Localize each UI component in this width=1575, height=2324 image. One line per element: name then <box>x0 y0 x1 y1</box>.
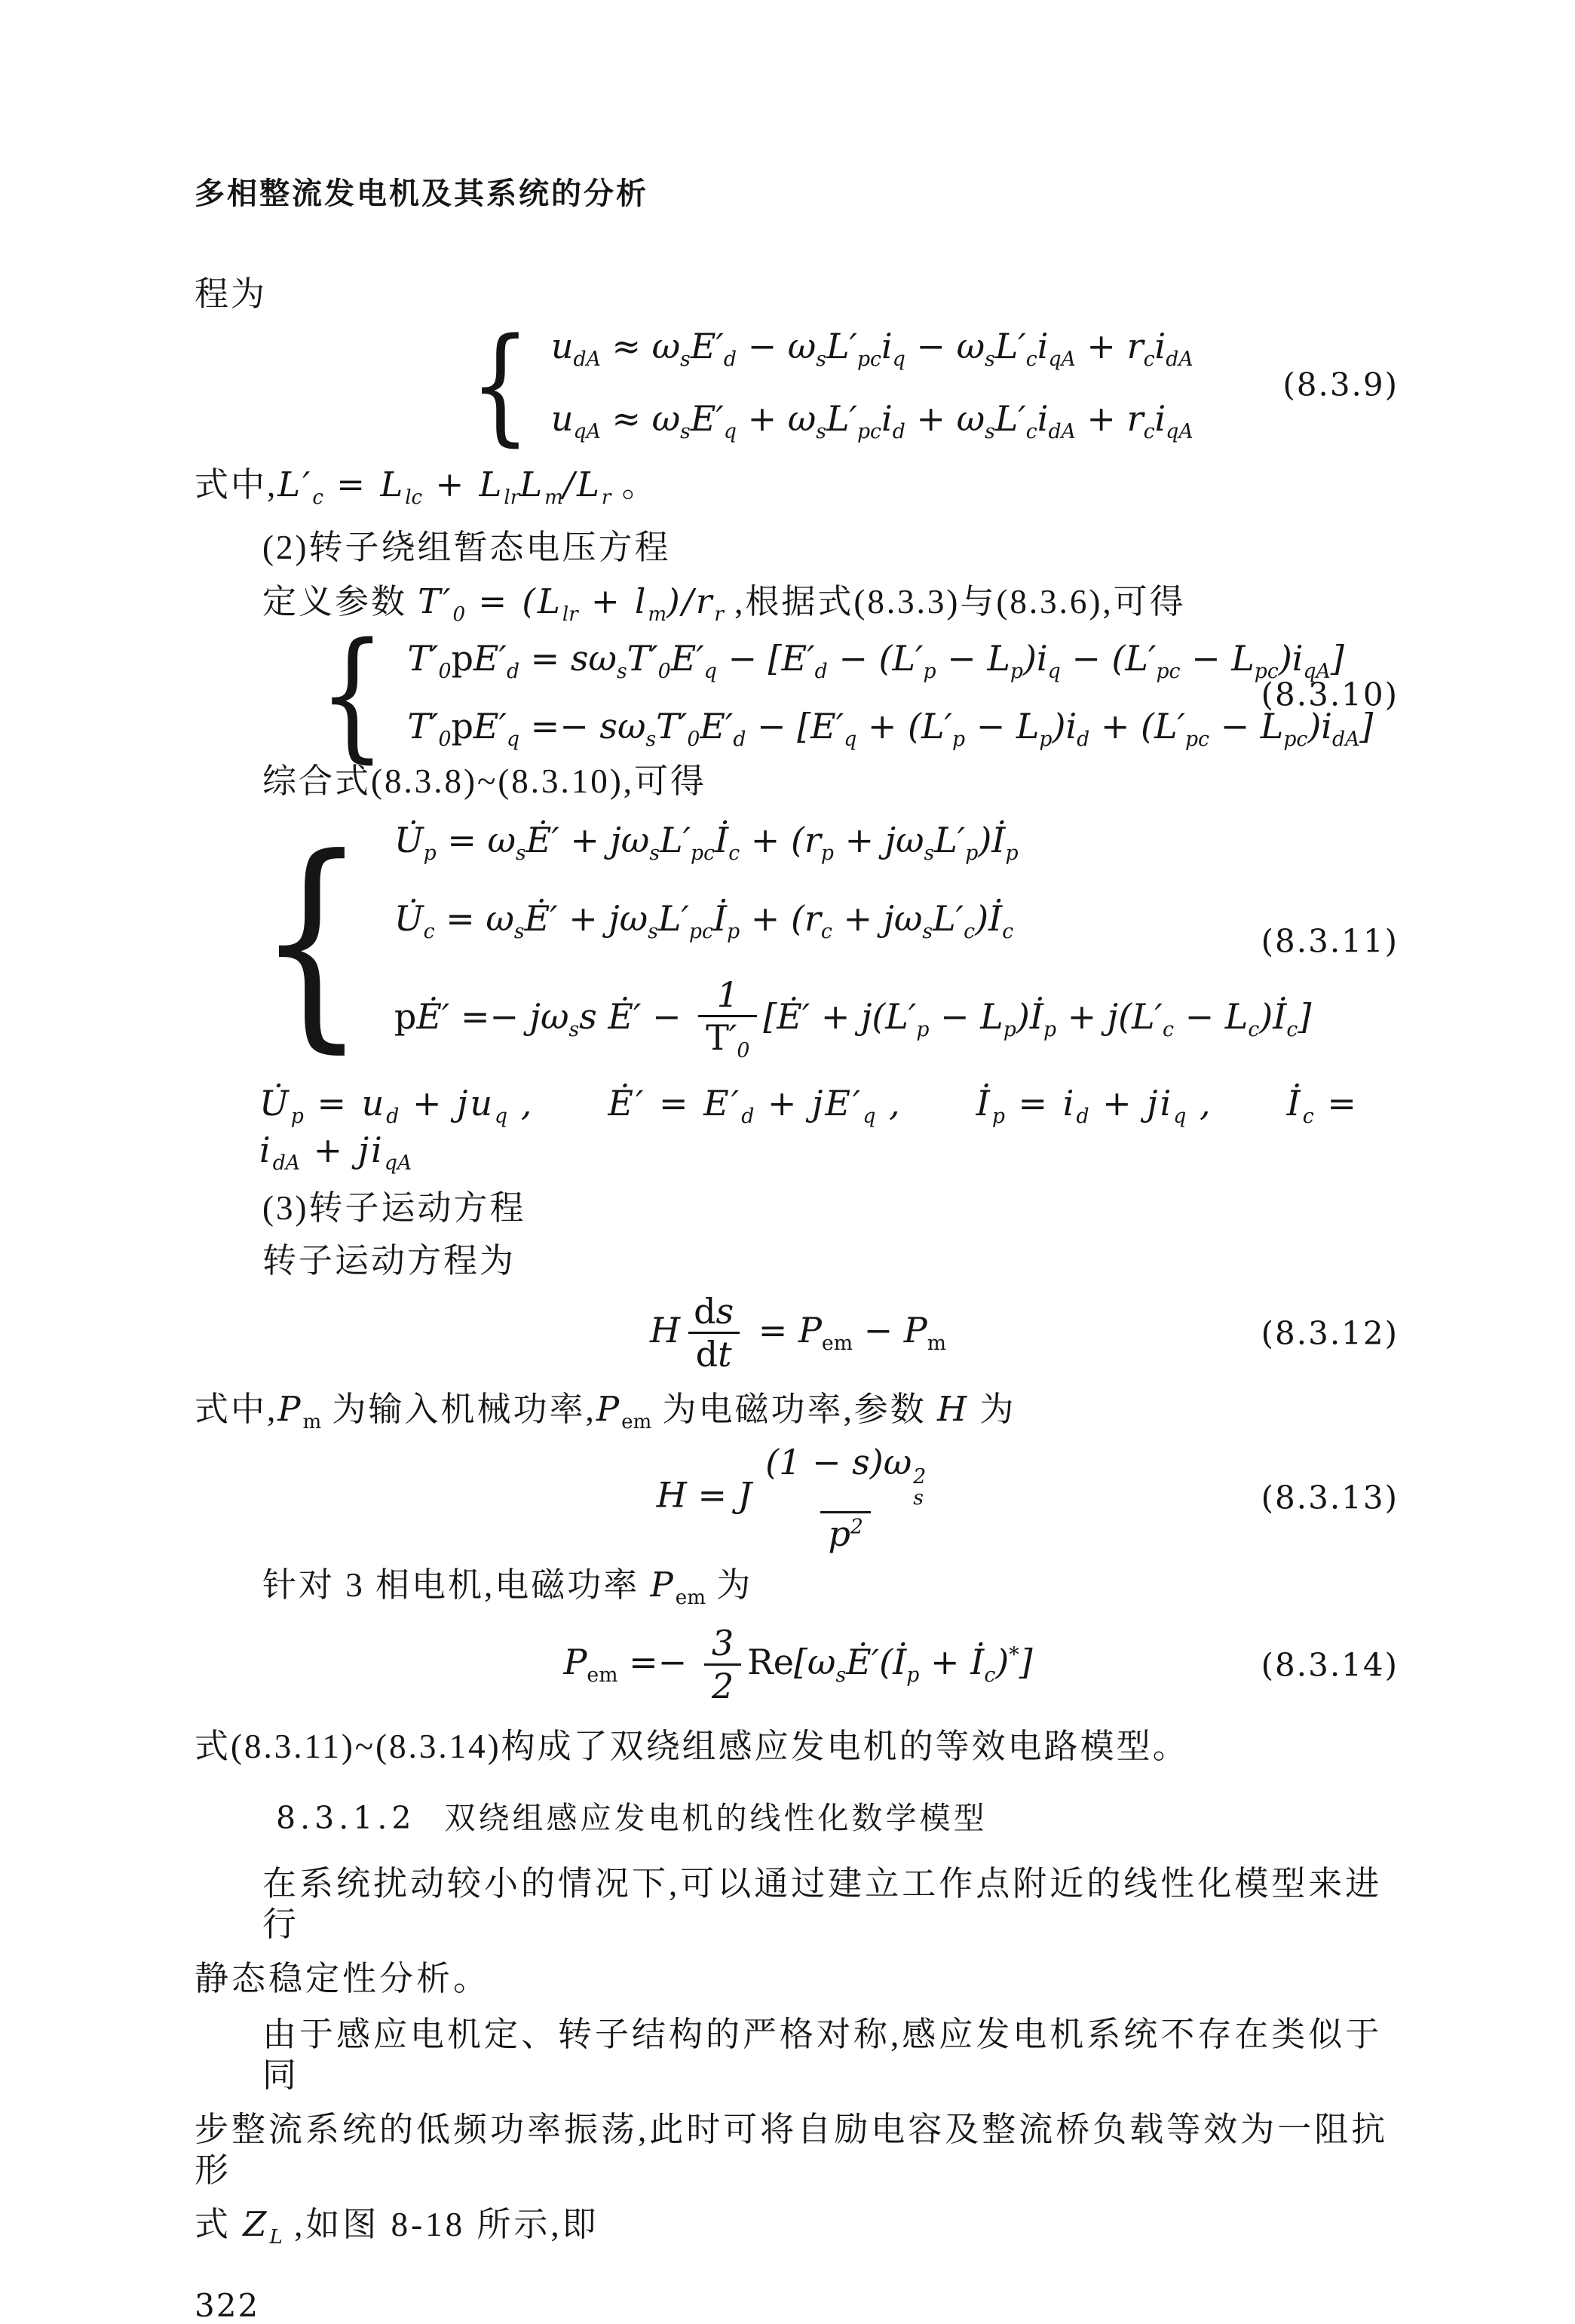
equation-number: (8.3.13) <box>1261 1479 1399 1516</box>
equation-8-3-10: { T′0pE′d = sωsT′0E′q − [E′d − (L′p − Lp… <box>195 638 1402 751</box>
equation-8-3-14: Pem =− 32Re[ωsĖ′(İp + İc)*] (8.3.14) <box>195 1620 1402 1710</box>
paragraph-line: 静态稳定性分析。 <box>195 1958 1402 1999</box>
subsection-number: 8.3.1.2 <box>276 1800 415 1836</box>
equation-line: pĖ′ =− jωss Ė′ − 1T′0[Ė′ + j(L′p − Lp)İp… <box>394 977 1311 1062</box>
equation-line: U̇p = ωsĖ′ + jωsL′pcİc + (rp + jωsL′p)İp <box>394 820 1311 865</box>
equation-line: Pem =− 32Re[ωsĖ′(İp + İc)*] <box>563 1625 1032 1705</box>
paragraph-line: 式 ZL ,如图 8-18 所示,即 <box>195 2204 1402 2249</box>
intro-line: 程为 <box>195 273 1402 315</box>
equation-number: (8.3.10) <box>1261 676 1399 713</box>
paragraph-line: 由于感应电机定、转子结构的严格对称,感应发电机系统不存在类似于同 <box>195 2014 1402 2096</box>
equation-line: T′0pE′d = sωsT′0E′q − [E′d − (L′p − Lp)i… <box>407 638 1373 683</box>
equation-line: Hdsdt = Pem − Pm <box>650 1293 946 1373</box>
where-eq12-line: 式中,Pm 为输入机械功率,Pem 为电磁功率,参数 H 为 <box>195 1388 1402 1435</box>
equation-8-3-12: Hdsdt = Pem − Pm (8.3.12) <box>195 1289 1402 1376</box>
equation-number: (8.3.14) <box>1261 1646 1399 1683</box>
conclusion-line: 式(8.3.11)~(8.3.14)构成了双绕组感应发电机的等效电路模型。 <box>195 1725 1402 1768</box>
equation-number: (8.3.9) <box>1282 366 1399 403</box>
subsection-heading: 8.3.1.2双绕组感应发电机的线性化数学模型 <box>195 1793 1402 1838</box>
equation-number: (8.3.11) <box>1261 922 1399 959</box>
list-item-2: (2)转子绕组暂态电压方程 <box>195 526 1402 569</box>
paragraph-line: 步整流系统的低频功率振荡,此时可将自励电容及整流桥负载等效为一阻抗形 <box>195 2109 1402 2191</box>
running-title: 多相整流发电机及其系统的分析 <box>195 170 1402 213</box>
equation-line: U̇c = ωsĖ′ + jωsL′pcİp + (rc + jωsL′c)İc <box>394 898 1311 943</box>
equation-number: (8.3.12) <box>1261 1314 1399 1351</box>
definitions-line: U̇p = ud + juq , Ė′ = E′d + jE′q , İp = … <box>195 1082 1402 1176</box>
book-page: 多相整流发电机及其系统的分析 程为 { udA ≈ ωsE′d − ωsL′pc… <box>0 0 1575 2199</box>
three-phase-line: 针对 3 相电机,电磁功率 Pem 为 <box>195 1564 1402 1611</box>
list-item-3: (3)转子运动方程 <box>195 1187 1402 1229</box>
equation-8-3-11: { U̇p = ωsĖ′ + jωsL′pcİc + (rp + jωsL′p)… <box>195 820 1402 1062</box>
equation-8-3-9: { udA ≈ ωsE′d − ωsL′pciq − ωsL′ciqA + rc… <box>195 326 1402 443</box>
paragraph-line: 在系统扰动较小的情况下,可以通过建立工作点附近的线性化模型来进行 <box>195 1863 1402 1945</box>
rotor-motion-line: 转子运动方程为 <box>195 1240 1402 1282</box>
equation-line: uqA ≈ ωsE′q + ωsL′pcid + ωsL′cidA + rciq… <box>551 398 1194 443</box>
subsection-title: 双绕组感应发电机的线性化数学模型 <box>444 1801 987 1835</box>
equation-line: udA ≈ ωsE′d − ωsL′pciq − ωsL′ciqA + rcid… <box>551 326 1194 371</box>
where-line: 式中,L′c = Llc + LlrLm/Lr 。 <box>195 464 1402 510</box>
page-number: 322 <box>195 2287 1402 2324</box>
equation-line: T′0pE′q =− sωsT′0E′d − [E′q + (L′p − Lp)… <box>407 706 1373 751</box>
equation-line: H = J(1 − s)ω2sp2 <box>657 1444 939 1552</box>
equation-8-3-13: H = J(1 − s)ω2sp2 (8.3.13) <box>195 1444 1402 1552</box>
